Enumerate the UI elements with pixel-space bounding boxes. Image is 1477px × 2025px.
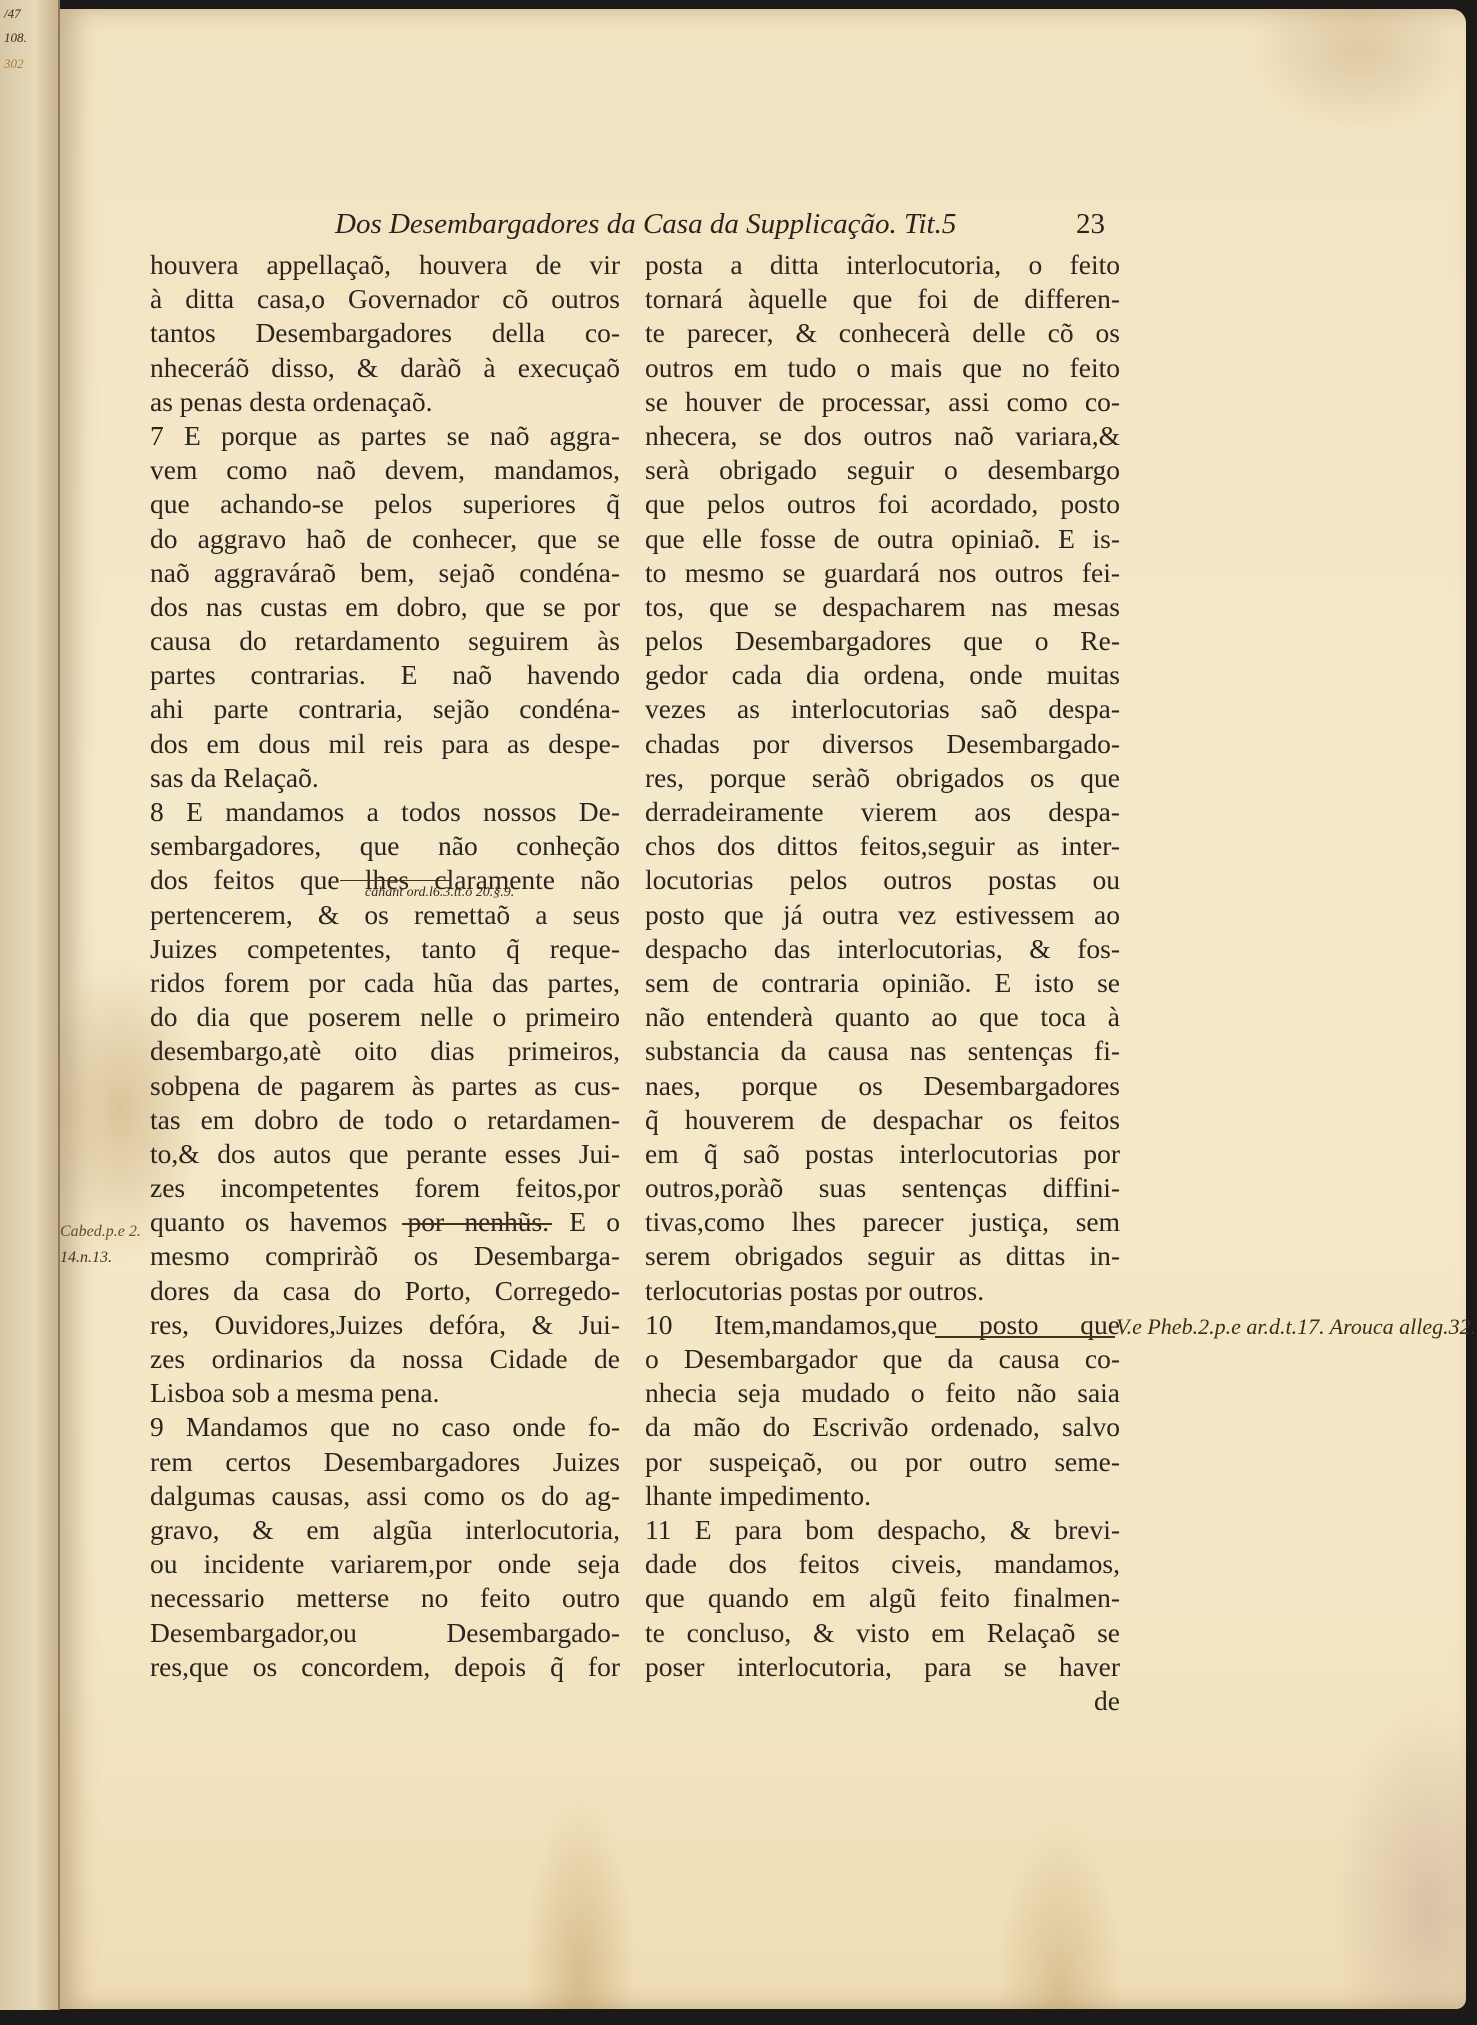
margin-annotation: 14.n.13. bbox=[60, 1248, 112, 1268]
text-line: Lisboa sob a mesma pena. bbox=[150, 1376, 620, 1410]
text-line: da mão do Escrivão ordenado, salvo bbox=[645, 1410, 1120, 1444]
text-line: sembargadores, que não conheção bbox=[150, 829, 620, 863]
text-line: zes incompetentes forem feitos,por bbox=[150, 1171, 620, 1205]
catchword: de bbox=[645, 1684, 1120, 1718]
prev-page-mark: 108. bbox=[4, 30, 27, 46]
text-line: Juizes competentes, tanto q̃ reque- bbox=[150, 932, 620, 966]
text-line: que achando-se pelos superiores q̃ bbox=[150, 487, 620, 521]
text-line: o Desembargador que da causa co- bbox=[645, 1342, 1120, 1376]
margin-annotation: Cabed.p.e 2. bbox=[60, 1222, 141, 1242]
text-line: do aggravo haõ de conhecer, que se bbox=[150, 522, 620, 556]
text-line: to mesmo se guardará nos outros fei- bbox=[645, 556, 1120, 590]
text-line: res,que os concordem, depois q̃ for bbox=[150, 1650, 620, 1684]
text-line: despacho das interlocutorias, & fos- bbox=[645, 932, 1120, 966]
text-line: as penas desta ordenaçaõ. bbox=[150, 385, 620, 419]
text-line: nhecia seja mudado o feito não saia bbox=[645, 1376, 1120, 1410]
text-line: dalgumas causas, assi como os do ag- bbox=[150, 1479, 620, 1513]
page-number: 23 bbox=[1076, 208, 1105, 241]
text-line: pelos Desembargadores que o Re- bbox=[645, 624, 1120, 658]
text-line: serem obrigados seguir as dittas in- bbox=[645, 1239, 1120, 1273]
text-line: nheceráõ disso, & daràõ à execuçaõ bbox=[150, 351, 620, 385]
text-line: res, Ouvidores,Juizes defóra, & Jui- bbox=[150, 1308, 620, 1342]
paragraph-11-start: 11 E para bom despacho, & brevi- bbox=[645, 1513, 1120, 1547]
text-line: q̃ houverem de despachar os feitos bbox=[645, 1103, 1120, 1137]
text-line: gravo, & em algũa interlocutoria, bbox=[150, 1513, 620, 1547]
text-line: serà obrigado seguir o desembargo bbox=[645, 453, 1120, 487]
text-line: posta a ditta interlocutoria, o feito bbox=[645, 248, 1120, 282]
text-line: lhante impedimento. bbox=[645, 1479, 1120, 1513]
handwritten-underline bbox=[935, 1336, 1115, 1338]
text-line: to,& dos autos que perante esses Jui- bbox=[150, 1137, 620, 1171]
text-line: que quando em algũ feito finalmen- bbox=[645, 1581, 1120, 1615]
text-line: gedor cada dia ordena, onde muitas bbox=[645, 658, 1120, 692]
handwritten-underline bbox=[402, 1223, 552, 1225]
text-line: em q̃ saõ postas interlocutorias por bbox=[645, 1137, 1120, 1171]
text-line: tornará àquelle que foi de differen- bbox=[645, 282, 1120, 316]
text-line: vezes as interlocutorias saõ despa- bbox=[645, 692, 1120, 726]
right-column: posta a ditta interlocutoria, o feito to… bbox=[645, 248, 1120, 1718]
text-line: outros,poràõ suas sentenças diffini- bbox=[645, 1171, 1120, 1205]
previous-page-edge: /47 108. 302 bbox=[0, 0, 60, 2010]
text-line: poser interlocutoria, para se haver bbox=[645, 1650, 1120, 1684]
text-line: se houver de processar, assi como co- bbox=[645, 385, 1120, 419]
text-line: res, porque seràõ obrigados os que bbox=[645, 761, 1120, 795]
text-line: tantos Desembargadores della co- bbox=[150, 316, 620, 350]
text-line: sas da Relaçaõ. bbox=[150, 761, 620, 795]
text-line: dade dos feitos civeis, mandamos, bbox=[645, 1547, 1120, 1581]
text-line: dos nas custas em dobro, que se por bbox=[150, 590, 620, 624]
paragraph-7-start: 7 E porque as partes se naõ aggra- bbox=[150, 419, 620, 453]
running-head: Dos Desembargadores da Casa da Supplicaç… bbox=[335, 208, 1105, 248]
text-line: sobpena de pagarem às partes as cus- bbox=[150, 1069, 620, 1103]
text-line: ridos forem por cada hũa das partes, bbox=[150, 966, 620, 1000]
text-line: houvera appellaçaõ, houvera de vir bbox=[150, 248, 620, 282]
text-line: naõ aggraváraõ bem, sejaõ condénа- bbox=[150, 556, 620, 590]
text-line: nhecera, se dos outros naõ variara,& bbox=[645, 419, 1120, 453]
prev-page-mark: 302 bbox=[4, 56, 24, 72]
text-line: que pelos outros foi acordado, posto bbox=[645, 487, 1120, 521]
running-head-title: Dos Desembargadores da Casa da Supplicaç… bbox=[335, 208, 956, 241]
text-line: chadas por diversos Desembargado- bbox=[645, 727, 1120, 761]
text-line: do dia que poserem nelle o primeiro bbox=[150, 1000, 620, 1034]
text-line: por suspeiçaõ, ou por outro seme- bbox=[645, 1445, 1120, 1479]
text-line: te parecer, & conhecerà delle cõ os bbox=[645, 316, 1120, 350]
text-line: posto que já outra vez estivessem ao bbox=[645, 898, 1120, 932]
text-line: necessario metterse no feito outro bbox=[150, 1581, 620, 1615]
text-line: Desembargador,ou Desembargado- bbox=[150, 1616, 620, 1650]
text-line: terlocutorias postas por outros. bbox=[645, 1274, 1120, 1308]
text-line: locutorias pelos outros postas ou bbox=[645, 863, 1120, 897]
margin-annotation-right: V.e Pheb.2.p.e ar.d.t.17. Arouca alleg.3… bbox=[1116, 1314, 1476, 1340]
text-line: mesmo compriràõ os Desembarga- bbox=[150, 1239, 620, 1273]
paragraph-8-start: 8 E mandamos a todos nossos De- bbox=[150, 795, 620, 829]
text-line: dores da casa do Porto, Corregedo- bbox=[150, 1274, 620, 1308]
text-line: chos dos dittos feitos,seguir as inter- bbox=[645, 829, 1120, 863]
text-line: partes contrarias. E naõ havendo bbox=[150, 658, 620, 692]
text-line: tos, que se despacharem nas mesas bbox=[645, 590, 1120, 624]
text-line: derradeiramente vierem aos despa- bbox=[645, 795, 1120, 829]
text-line: zes ordinarios da nossa Cidade de bbox=[150, 1342, 620, 1376]
paragraph-9-start: 9 Mandamos que no caso onde fo- bbox=[150, 1410, 620, 1444]
interlinear-annotation: cahant ord.l6.3.tt.o 20.§.9. bbox=[365, 885, 514, 901]
text-line: tivas,como lhes parecer justiça, sem bbox=[645, 1205, 1120, 1239]
text-line: vem como naõ devem, mandamos, bbox=[150, 453, 620, 487]
text-line: naes, porque os Desembargadores bbox=[645, 1069, 1120, 1103]
text-line: desembargo,atè oito dias primeiros, bbox=[150, 1034, 620, 1068]
text-line: dos em dous mil reis para as despe- bbox=[150, 727, 620, 761]
text-line: sem de contraria opinião. E isto se bbox=[645, 966, 1120, 1000]
text-line: tas em dobro de todo o retardamen- bbox=[150, 1103, 620, 1137]
text-line: outros em tudo o mais que no feito bbox=[645, 351, 1120, 385]
text-line: rem certos Desembargadores Juizes bbox=[150, 1445, 620, 1479]
prev-page-mark: /47 bbox=[4, 6, 21, 22]
handwritten-underline bbox=[340, 880, 450, 881]
text-line: te concluso, & visto em Relaçaõ se bbox=[645, 1616, 1120, 1650]
text-line: à ditta casa,o Governador cõ outros bbox=[150, 282, 620, 316]
text-line: que elle fosse de outra opiniaõ. E is- bbox=[645, 522, 1120, 556]
text-line: substancia da causa nas sentenças fi- bbox=[645, 1034, 1120, 1068]
text-line: pertencerem, & os remettaõ a seus bbox=[150, 898, 620, 932]
left-column: houvera appellaçaõ, houvera de vir à dit… bbox=[150, 248, 620, 1684]
text-line: ou incidente variarem,por onde seja bbox=[150, 1547, 620, 1581]
text-line: causa do retardamento seguirem às bbox=[150, 624, 620, 658]
text-line: não entenderà quanto ao que toca à bbox=[645, 1000, 1120, 1034]
text-line: ahi parte contraria, sejão condéna- bbox=[150, 692, 620, 726]
